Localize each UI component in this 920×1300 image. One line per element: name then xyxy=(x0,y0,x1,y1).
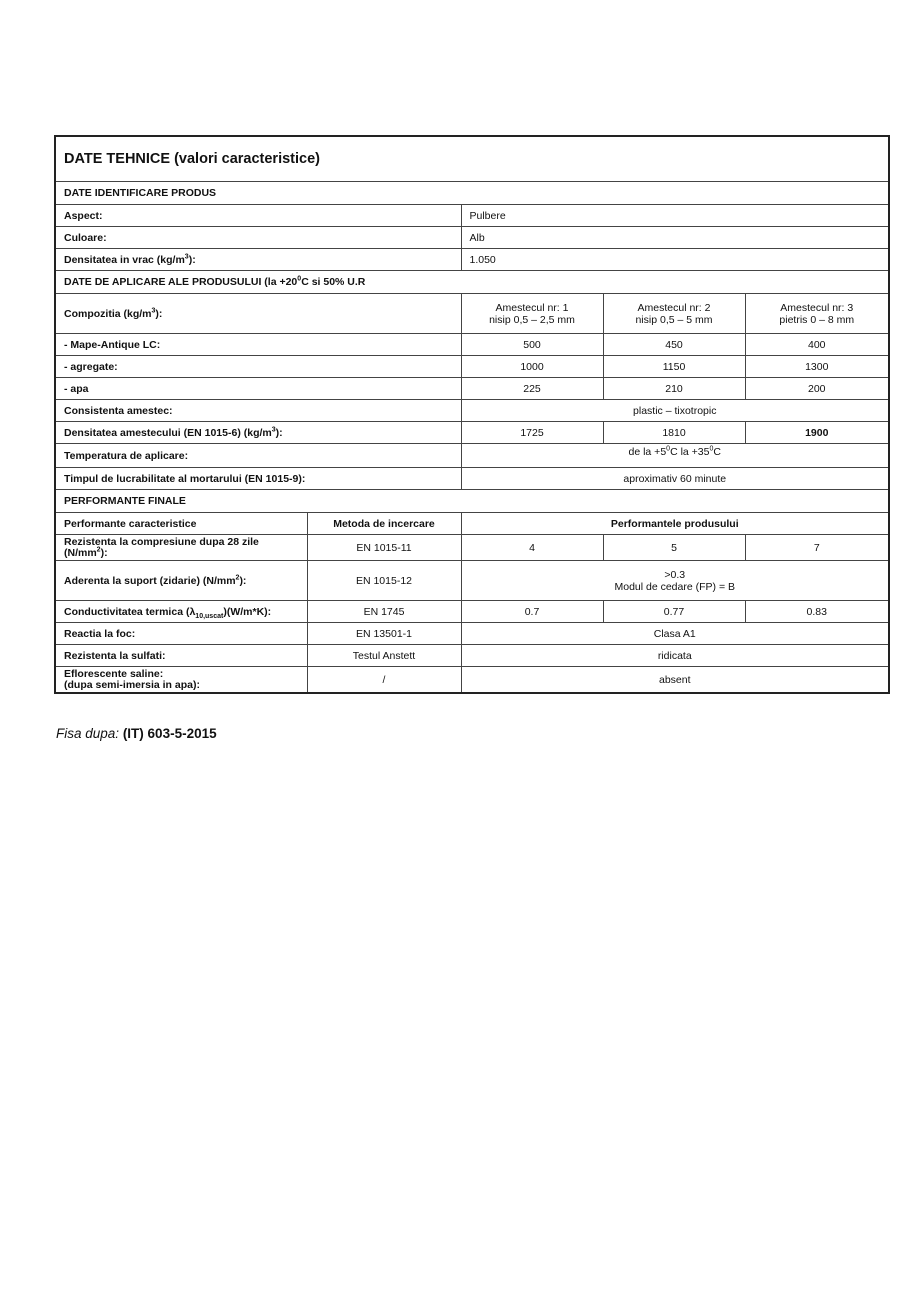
table-row: Timpul de lucrabilitate al mortarului (E… xyxy=(55,468,889,490)
table-row: Temperatura de aplicare: de la +50C la +… xyxy=(55,444,889,468)
source-note: Fisa dupa: (IT) 603-5-2015 xyxy=(56,726,217,741)
table-row: Densitatea amestecului (EN 1015-6) (kg/m… xyxy=(55,422,889,444)
source-note-label: Fisa dupa: xyxy=(56,726,119,741)
table-row: Conductivitatea termica (λ10,uscat)(W/m*… xyxy=(55,601,889,623)
table-row: Densitatea in vrac (kg/m3): 1.050 xyxy=(55,249,889,271)
table-row: - agregate: 1000 1150 1300 xyxy=(55,356,889,378)
mix-3-header: Amestecul nr: 3pietris 0 – 8 mm xyxy=(745,294,889,334)
table-row: Consistenta amestec: plastic – tixotropi… xyxy=(55,400,889,422)
technical-data-table: DATE TEHNICE (valori caracteristice) DAT… xyxy=(54,135,890,694)
table-row: Aspect: Pulbere xyxy=(55,205,889,227)
table-row: Reactia la foc: EN 13501-1 Clasa A1 xyxy=(55,623,889,645)
table-row: Aderenta la suport (zidarie) (N/mm2): EN… xyxy=(55,561,889,601)
mix-1-header: Amestecul nr: 1nisip 0,5 – 2,5 mm xyxy=(461,294,603,334)
performance-header-row: Performante caracteristice Metoda de inc… xyxy=(55,513,889,535)
table-row: - apa 225 210 200 xyxy=(55,378,889,400)
section-identificare: DATE IDENTIFICARE PRODUS xyxy=(55,182,889,205)
table-row: Rezistenta la compresiune dupa 28 zile (… xyxy=(55,535,889,561)
table-title: DATE TEHNICE (valori caracteristice) xyxy=(55,136,889,182)
source-note-value: (IT) 603-5-2015 xyxy=(123,726,217,741)
table-row: Eflorescente saline:(dupa semi-imersia i… xyxy=(55,667,889,694)
table-row: Rezistenta la sulfati: Testul Anstett ri… xyxy=(55,645,889,667)
bulk-density-label: Densitatea in vrac (kg/m3): xyxy=(55,249,461,271)
table-row: - Mape-Antique LC: 500 450 400 xyxy=(55,334,889,356)
table-row: Culoare: Alb xyxy=(55,227,889,249)
composition-header-row: Compozitia (kg/m3): Amestecul nr: 1nisip… xyxy=(55,294,889,334)
section-performante: PERFORMANTE FINALE xyxy=(55,490,889,513)
section-aplicare: DATE DE APLICARE ALE PRODUSULUI (la +200… xyxy=(55,271,889,294)
mix-2-header: Amestecul nr: 2nisip 0,5 – 5 mm xyxy=(603,294,745,334)
table-title-row: DATE TEHNICE (valori caracteristice) xyxy=(55,136,889,182)
